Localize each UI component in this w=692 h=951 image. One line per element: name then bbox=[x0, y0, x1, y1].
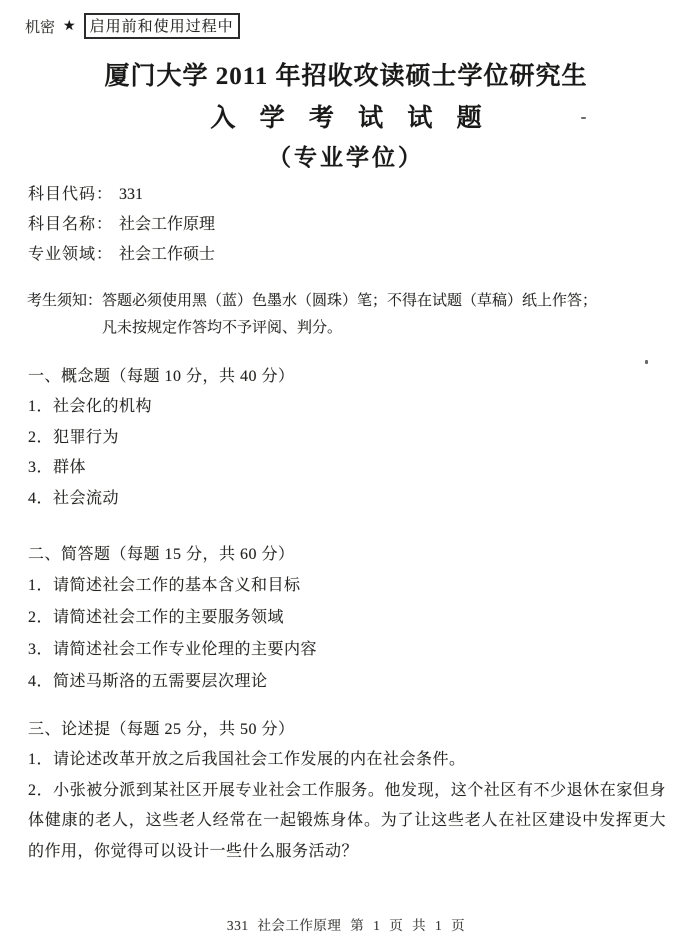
question-item: 2．请简述社会工作的主要服务领域 bbox=[28, 602, 666, 634]
section-heading: 二、简答题（每题 15 分，共 60 分） bbox=[28, 540, 666, 570]
notice-label: 考生须知： bbox=[27, 288, 102, 342]
exam-title-line2: 入 学 考 试 试 题 bbox=[0, 98, 692, 134]
question-item: 1．请论述改革开放之后我国社会工作发展的内在社会条件。 bbox=[28, 745, 666, 776]
star-icon: ★ bbox=[63, 18, 76, 35]
classification-row: 机密 ★ 启用前和使用过程中 bbox=[25, 13, 240, 39]
question-item: 1．社会化的机构 bbox=[28, 392, 666, 423]
question-item: 4．社会流动 bbox=[28, 484, 666, 515]
subject-name-label: 科目名称： bbox=[28, 216, 113, 233]
question-item: 4．简述马斯洛的五需要层次理论 bbox=[28, 666, 666, 698]
scan-speck bbox=[581, 117, 586, 119]
question-item: 1．请简述社会工作的基本含义和目标 bbox=[28, 570, 666, 602]
question-item: 3．群体 bbox=[28, 453, 666, 484]
exam-title-line3: （专业学位） bbox=[0, 139, 692, 172]
subject-name-line: 科目名称：社会工作原理 bbox=[28, 210, 215, 240]
candidate-notice: 考生须知： 答题必须使用黑（蓝）色墨水（圆珠）笔；不得在试题（草稿）纸上作答； … bbox=[27, 288, 664, 342]
classification-label: 机密 bbox=[25, 16, 55, 37]
subject-code-line: 科目代码：331 bbox=[28, 180, 215, 210]
notice-line1: 答题必须使用黑（蓝）色墨水（圆珠）笔；不得在试题（草稿）纸上作答； bbox=[102, 293, 597, 309]
subject-code-label: 科目代码： bbox=[28, 186, 113, 203]
exam-title-line1: 厦门大学 2011 年招收攻读硕士学位研究生 bbox=[0, 56, 692, 92]
section-heading: 三、论述提（每题 25 分，共 50 分） bbox=[28, 715, 666, 745]
field-value: 社会工作硕士 bbox=[119, 246, 215, 263]
scan-speck bbox=[645, 360, 648, 364]
question-item: 2．犯罪行为 bbox=[28, 423, 666, 454]
exam-paper-page: 机密 ★ 启用前和使用过程中 厦门大学 2011 年招收攻读硕士学位研究生 入 … bbox=[0, 0, 692, 951]
field-line: 专业领域：社会工作硕士 bbox=[28, 240, 215, 270]
subject-name-value: 社会工作原理 bbox=[119, 216, 215, 233]
field-label: 专业领域： bbox=[28, 246, 113, 263]
confidential-stamp: 启用前和使用过程中 bbox=[84, 13, 240, 39]
section-heading: 一、概念题（每题 10 分，共 40 分） bbox=[28, 362, 666, 392]
subject-code-value: 331 bbox=[119, 186, 143, 203]
question-sections: 一、概念题（每题 10 分，共 40 分） 1．社会化的机构 2．犯罪行为 3．… bbox=[28, 362, 666, 891]
notice-line2: 凡未按规定作答均不予评阅、判分。 bbox=[102, 320, 342, 336]
notice-text: 答题必须使用黑（蓝）色墨水（圆珠）笔；不得在试题（草稿）纸上作答； 凡未按规定作… bbox=[102, 288, 664, 342]
section-short-answers: 二、简答题（每题 15 分，共 60 分） 1．请简述社会工作的基本含义和目标 … bbox=[28, 540, 666, 698]
page-footer: 331 社会工作原理 第 1 页 共 1 页 bbox=[0, 914, 692, 934]
section-essays: 三、论述提（每题 25 分，共 50 分） 1．请论述改革开放之后我国社会工作发… bbox=[28, 715, 666, 867]
question-item: 2．小张被分派到某社区开展专业社会工作服务。他发现，这个社区有不少退休在家但身体… bbox=[28, 776, 666, 868]
section-concepts: 一、概念题（每题 10 分，共 40 分） 1．社会化的机构 2．犯罪行为 3．… bbox=[28, 362, 666, 514]
question-item: 3．请简述社会工作专业伦理的主要内容 bbox=[28, 634, 666, 666]
subject-meta: 科目代码：331 科目名称：社会工作原理 专业领域：社会工作硕士 bbox=[28, 180, 215, 270]
